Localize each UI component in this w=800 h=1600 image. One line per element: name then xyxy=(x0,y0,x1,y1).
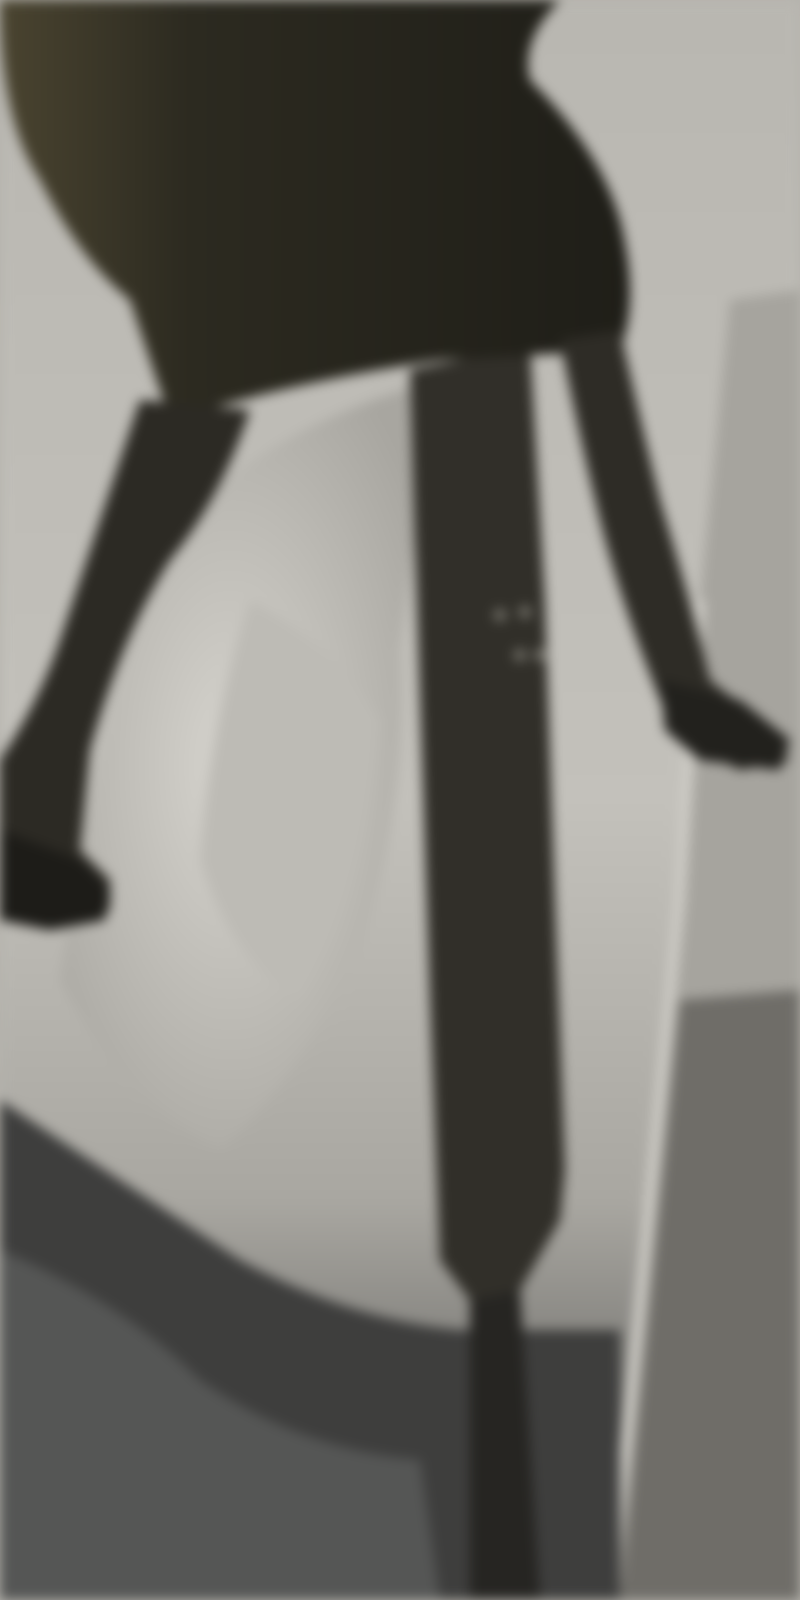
post-mark xyxy=(514,649,526,661)
post-mark xyxy=(519,606,531,618)
photo-scene xyxy=(0,0,800,1600)
photograph: Blurry black-and-white photograph of a s… xyxy=(0,0,800,1600)
post-mark xyxy=(494,609,506,621)
post-mark xyxy=(534,649,546,661)
